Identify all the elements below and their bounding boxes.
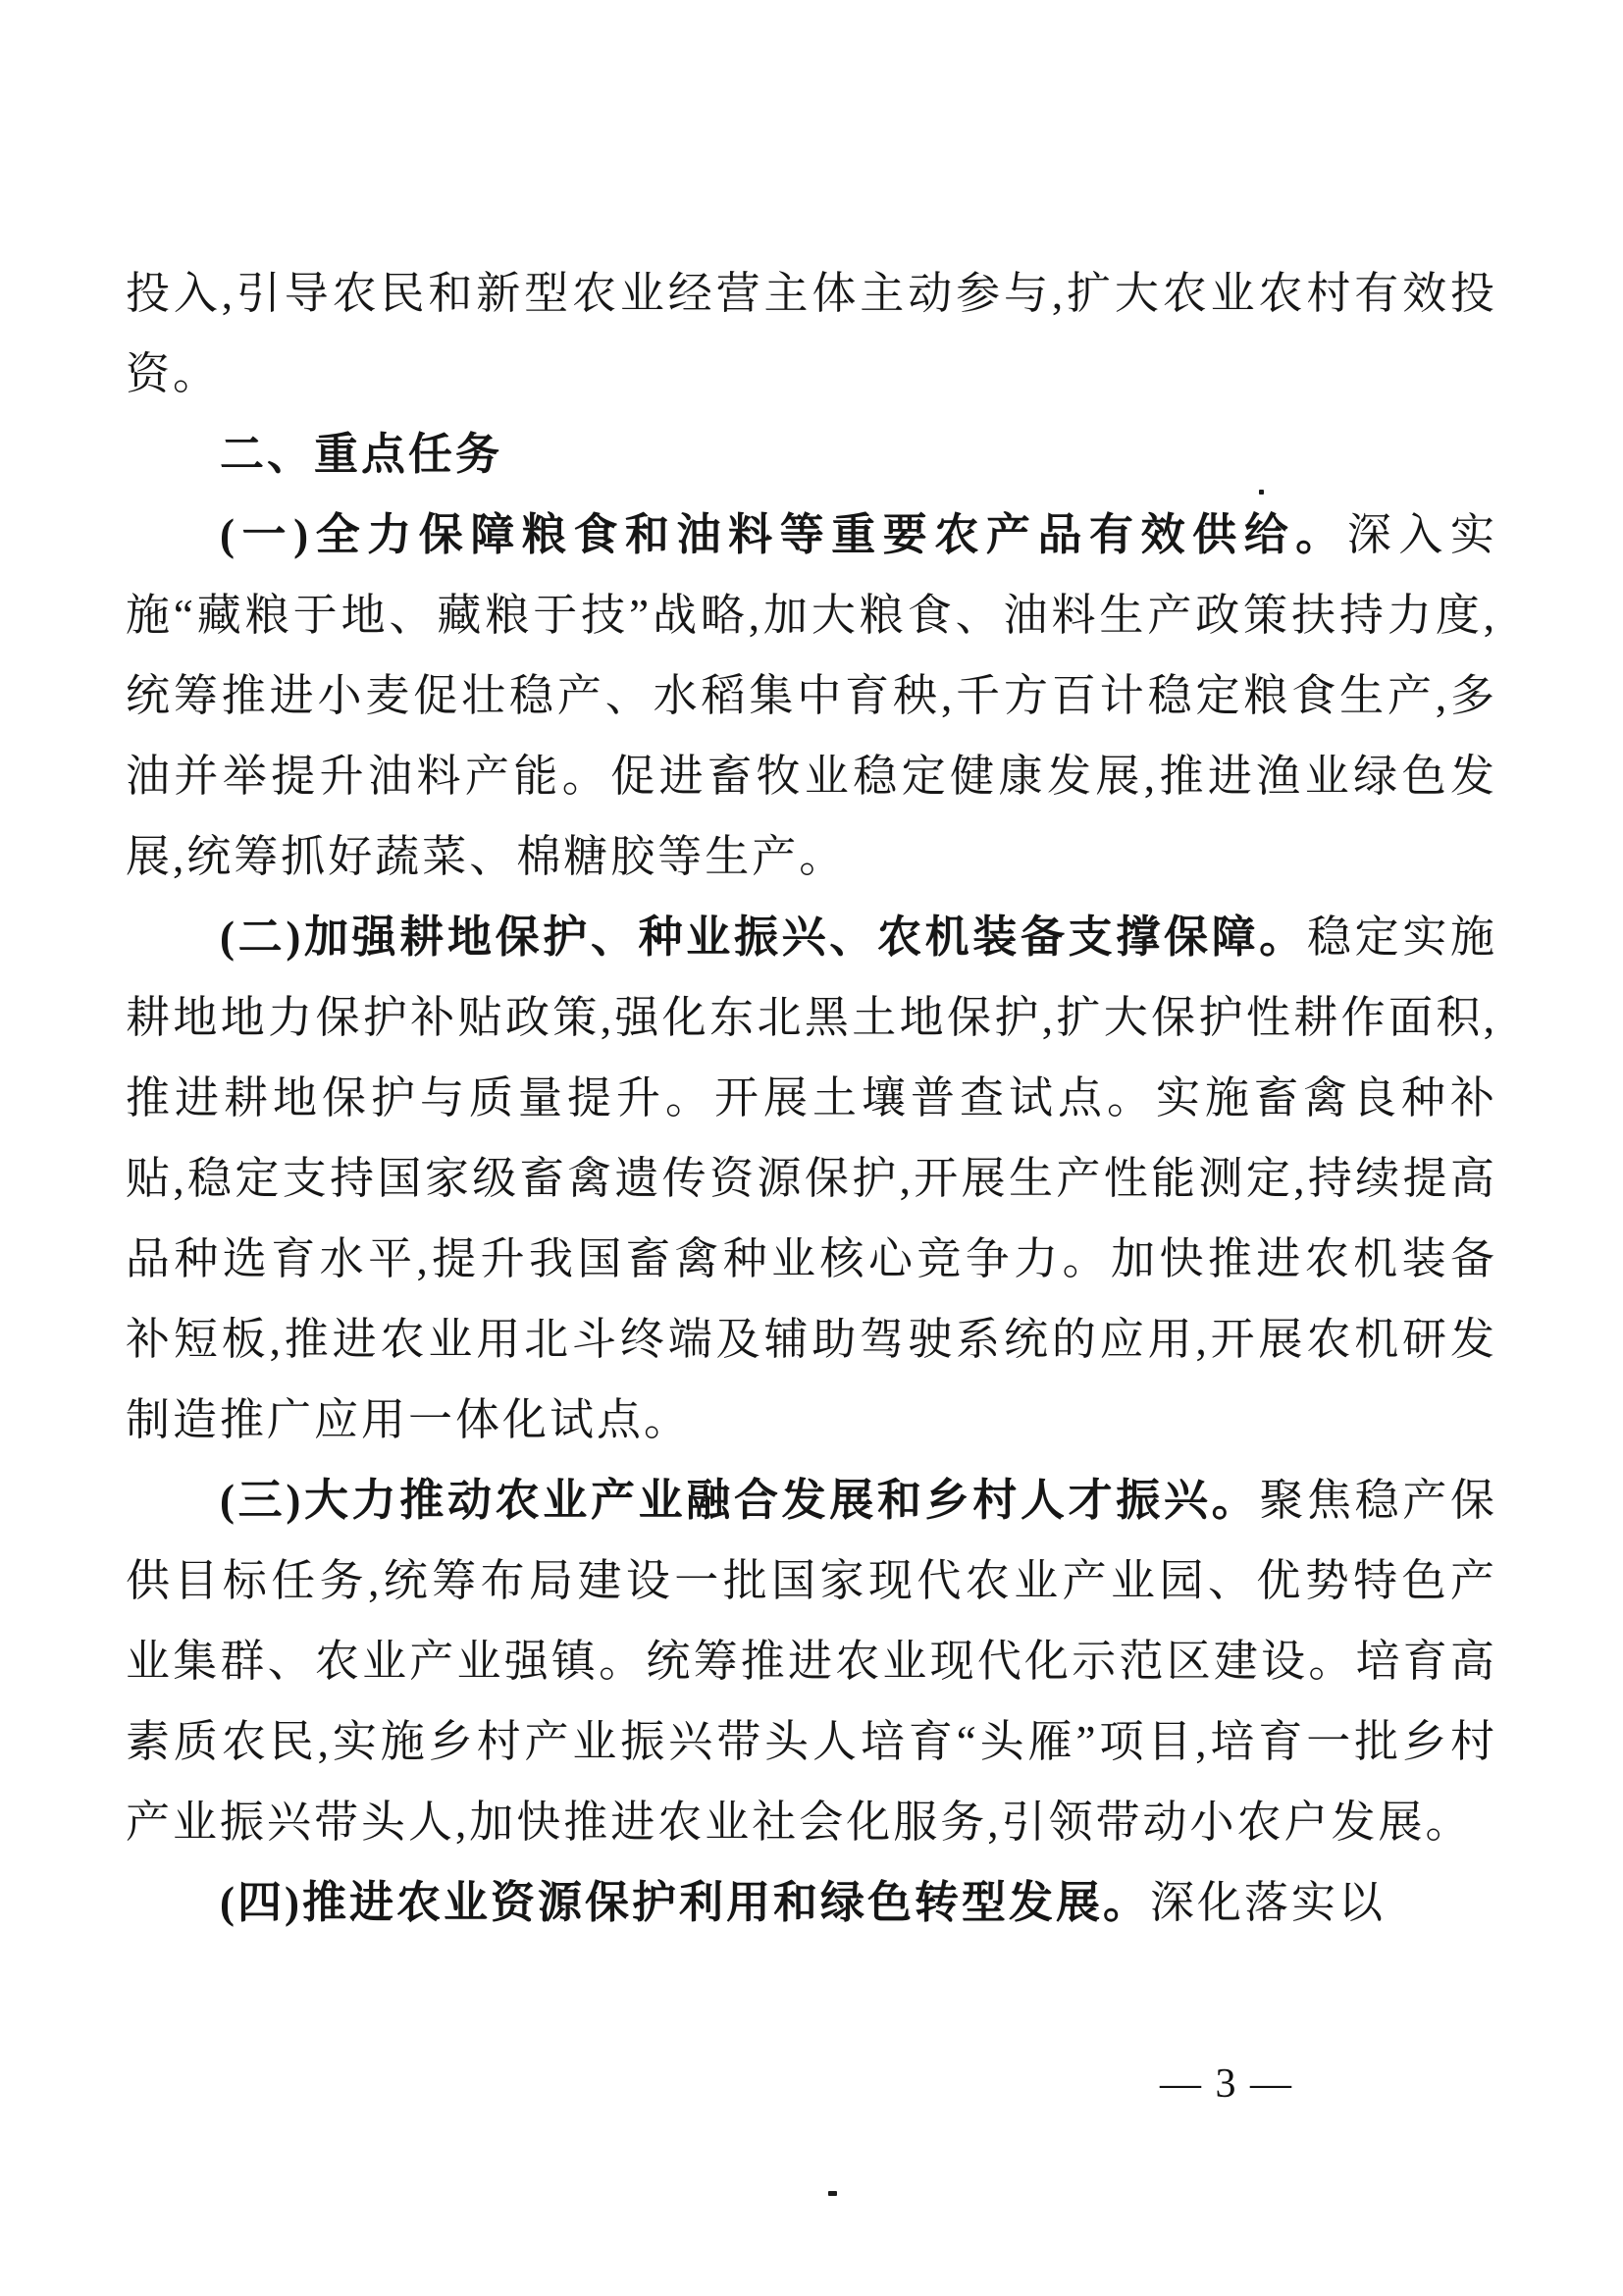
section-heading: 二、重点任务 [126, 414, 1497, 495]
body-text: 投入,引导农民和新型农业经营主体主动参与,扩大农业农村有效投资。 [126, 269, 1497, 398]
emphasis-text: (三)大力推动农业产业融合发展和乡村人才振兴。 [220, 1476, 1259, 1525]
emphasis-text: (四)推进农业资源保护利用和绿色转型发展。 [220, 1878, 1150, 1927]
text-block: 投入,引导农民和新型农业经营主体主动参与,扩大农业农村有效投资。二、重点任务(一… [126, 253, 1497, 1943]
emphasis-text: 二、重点任务 [220, 430, 502, 479]
emphasis-text: (一)全力保障粮食和油料等重要农产品有效供给。 [220, 510, 1347, 559]
paragraph: 投入,引导农民和新型农业经营主体主动参与,扩大农业农村有效投资。 [126, 253, 1497, 414]
paragraph: (二)加强耕地保护、种业振兴、农机装备支撑保障。稳定实施耕地地力保护补贴政策,强… [126, 897, 1497, 1460]
body-text: 稳定实施耕地地力保护补贴政策,强化东北黑土地保护,扩大保护性耕作面积,推进耕地保… [126, 913, 1497, 1444]
document-page: 投入,引导农民和新型农业经营主体主动参与,扩大农业农村有效投资。二、重点任务(一… [0, 0, 1623, 2296]
scan-artifact-dot [1259, 490, 1264, 495]
paragraph: (三)大力推动农业产业融合发展和乡村人才振兴。聚焦稳产保供目标任务,统筹布局建设… [126, 1460, 1497, 1862]
body-text: 深化落实以 [1150, 1878, 1386, 1927]
body-text: 深入实施“藏粮于地、藏粮于技”战略,加大粮食、油料生产政策扶持力度,统筹推进小麦… [126, 510, 1497, 881]
scan-artifact-dot [828, 2191, 837, 2196]
paragraph: (四)推进农业资源保护利用和绿色转型发展。深化落实以 [126, 1862, 1497, 1943]
page-number: — 3 — [1160, 2061, 1293, 2108]
emphasis-text: (二)加强耕地保护、种业振兴、农机装备支撑保障。 [220, 913, 1307, 962]
body-text: 聚焦稳产保供目标任务,统筹布局建设一批国家现代农业产业园、优势特色产业集群、农业… [126, 1476, 1497, 1847]
paragraph: (一)全力保障粮食和油料等重要农产品有效供给。深入实施“藏粮于地、藏粮于技”战略… [126, 495, 1497, 897]
